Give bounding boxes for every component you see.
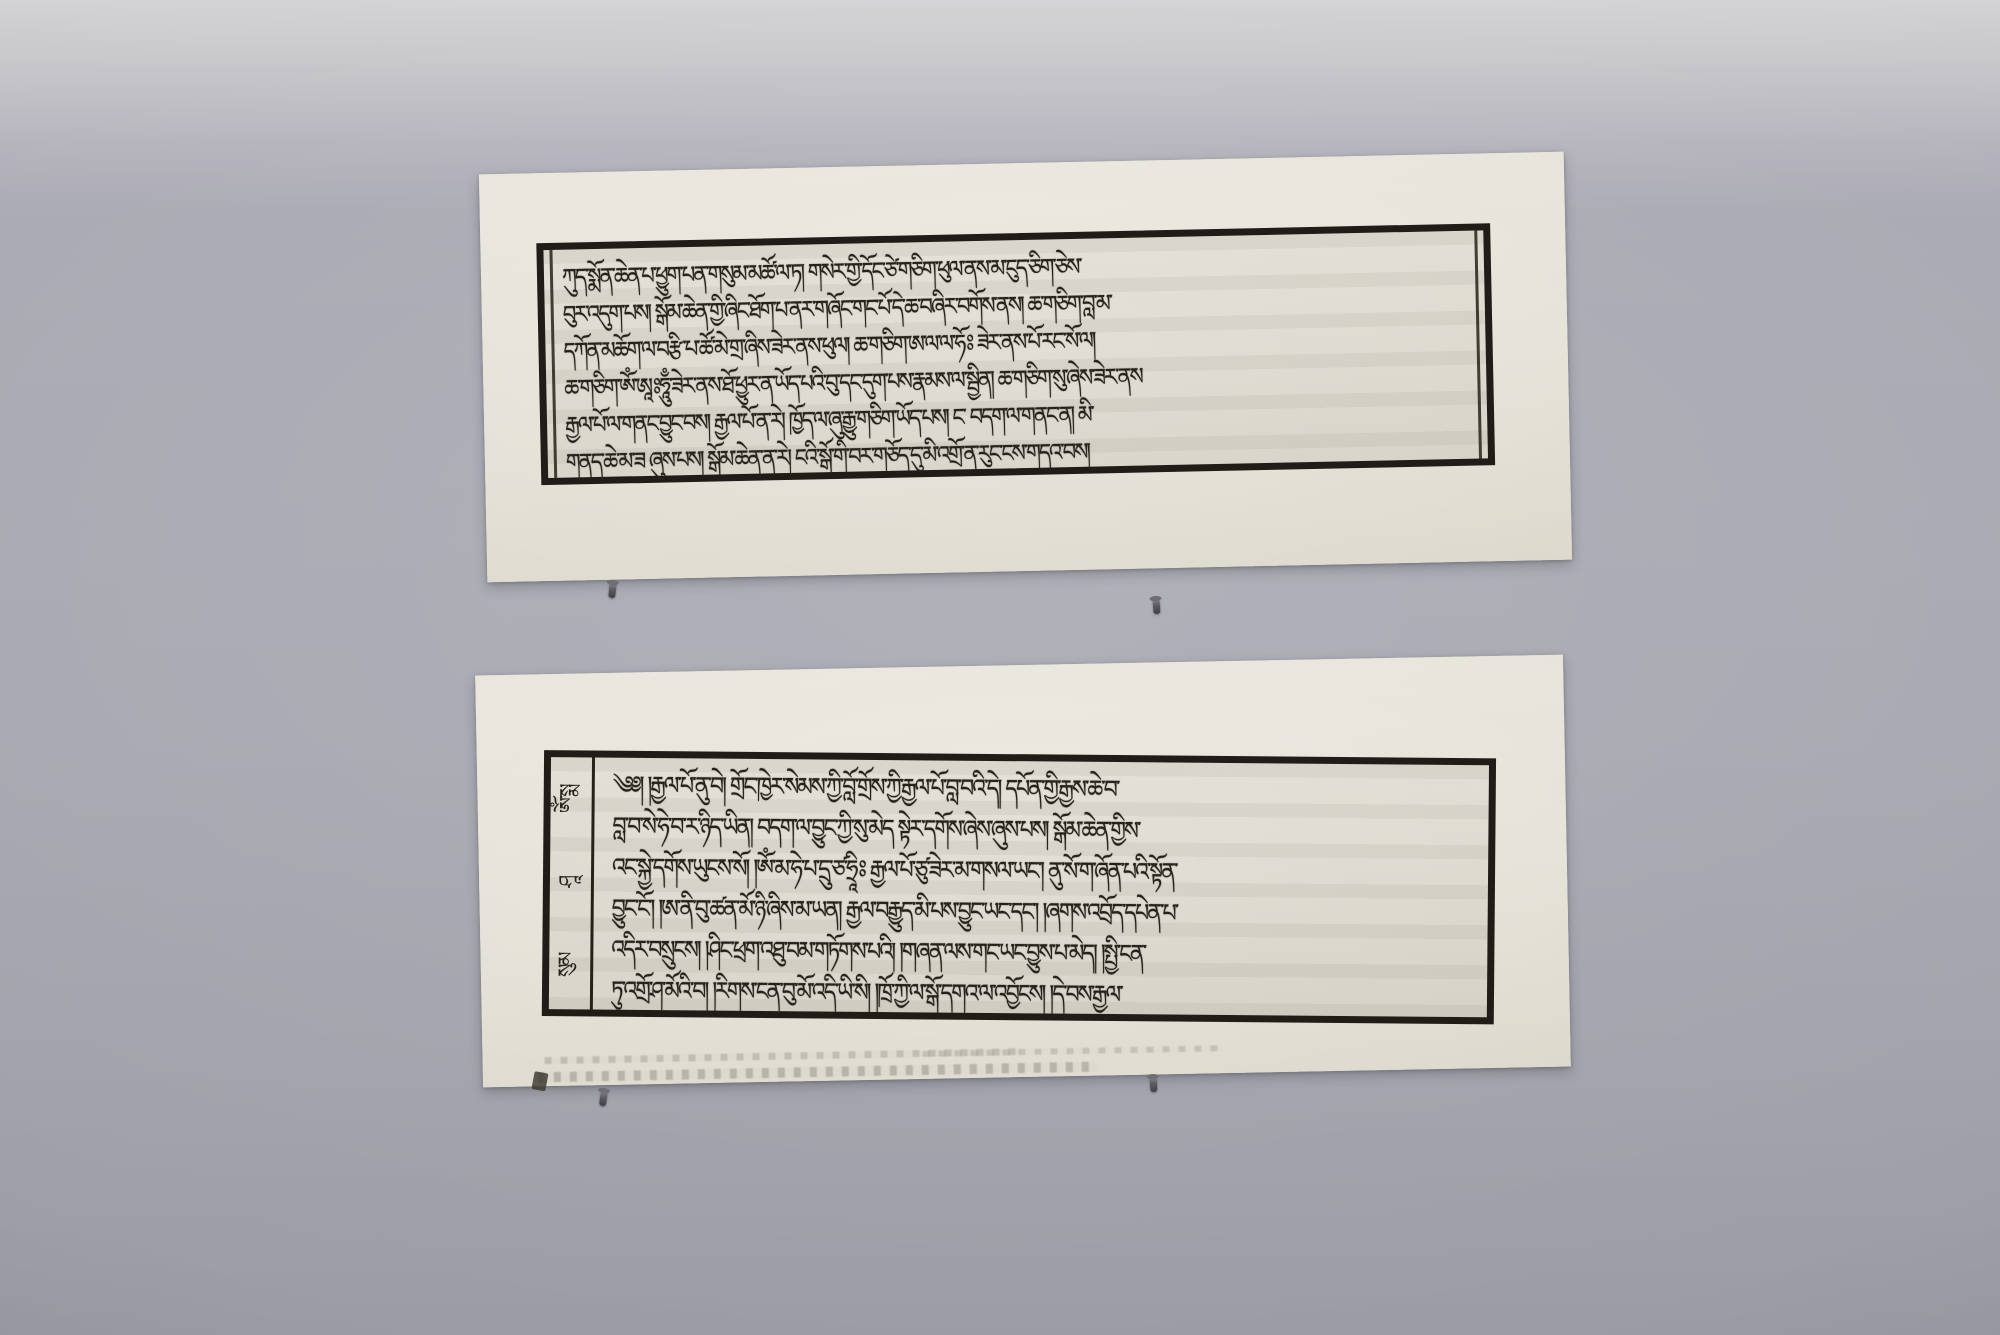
mounting-pin xyxy=(599,1090,608,1107)
mounting-pin xyxy=(1152,598,1160,614)
top-folio-sheet: ཀུད་སྨོན་ཆེན་པ་ཕྱུག་པན་གསུམ་མཚོ་ལ་ཏ། གསེ… xyxy=(479,152,1572,583)
margin-label: ཤཱ xyxy=(536,860,608,905)
top-folio-text-block: ཀུད་སྨོན་ཆེན་པ་ཕྱུག་པན་གསུམ་མཚོ་ལ་ཏ། གསེ… xyxy=(543,230,1488,488)
left-margin-column: ཨོཾ་སྨ ཤཱ སུམ xyxy=(549,757,595,1009)
text-line: ཏུ་འགྲོ་ཤ་མོའི་བ། །རིགས་ངན་བུ་མོ་འདི་ཡི་… xyxy=(611,968,1471,1018)
ink-blot xyxy=(531,1071,548,1091)
ink-smudge xyxy=(538,1062,1098,1083)
mounting-pin xyxy=(1150,1076,1158,1092)
top-folio-print-frame: ཀུད་སྨོན་ཆེན་པ་ཕྱུག་པན་གསུམ་མཚོ་ལ་ཏ། གསེ… xyxy=(536,223,1495,485)
photo-of-pecha-folios: ཀུད་སྨོན་ཆེན་པ་ཕྱུག་པན་གསུམ་མཚོ་ལ་ཏ། གསེ… xyxy=(0,0,2000,1335)
margin-label: ཨོཾ་སྨ xyxy=(536,777,608,822)
ink-smudge xyxy=(922,1045,1222,1057)
mounting-pin xyxy=(608,582,617,599)
margin-label: སུམ xyxy=(535,943,607,988)
bottom-folio-sheet: ཨོཾ་སྨ ཤཱ སུམ ༄༅། །རྒྱལ་པོ་ནུ་བེ། གྲོང་ཁ… xyxy=(475,655,1571,1088)
bottom-folio-print-frame: ཨོཾ་སྨ ཤཱ སུམ ༄༅། །རྒྱལ་པོ་ནུ་བེ། གྲོང་ཁ… xyxy=(542,750,1496,1024)
bottom-folio-text-block: ༄༅། །རྒྱལ་པོ་ནུ་བེ། གྲོང་ཁྱེར་སེམས་ཀྱི་བ… xyxy=(593,758,1489,1018)
